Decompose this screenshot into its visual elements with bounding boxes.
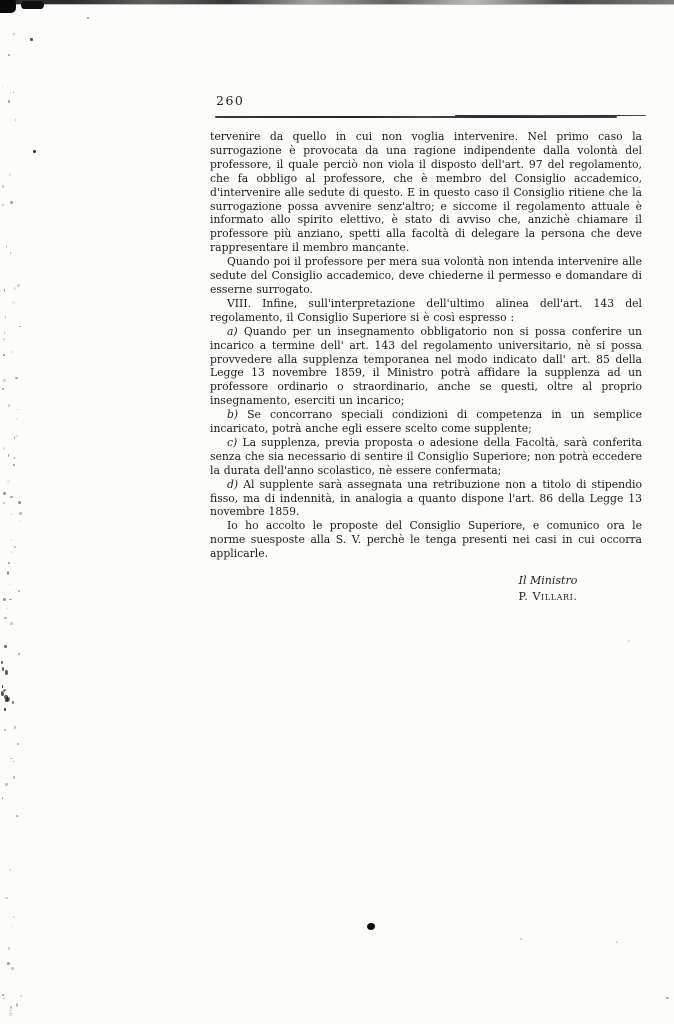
scan-speck (2, 685, 4, 687)
scan-speck (3, 338, 5, 341)
scan-speck (5, 783, 8, 786)
scan-speck (2, 797, 3, 800)
scan-speck (2, 667, 4, 671)
paragraph-8: Io ho accolto le proposte del Consiglio … (210, 519, 642, 561)
scan-speck (7, 696, 9, 701)
scan-speck (7, 962, 10, 965)
signature-role: Il Ministro (500, 573, 596, 589)
scan-speck (7, 480, 10, 483)
scan-speck (4, 708, 6, 711)
body-text: tervenire da quello in cui non voglia in… (210, 130, 642, 561)
page-number: 260 (216, 93, 244, 108)
scan-speck (13, 464, 14, 466)
scan-speck (4, 289, 5, 293)
paragraph-1: tervenire da quello in cui non voglia in… (210, 130, 642, 255)
scan-speck (12, 301, 15, 304)
scan-speck (14, 436, 15, 439)
scan-speck (8, 562, 11, 564)
scan-top-edge-shadow (0, 4, 674, 5)
scan-speck (666, 997, 669, 999)
scan-speck (12, 926, 13, 928)
scan-speck (16, 418, 18, 420)
scan-speck (14, 726, 15, 729)
scan-speck (10, 496, 13, 498)
paragraph-4: a) Quando per un insegnamento obbligator… (210, 325, 642, 408)
scan-speck (9, 173, 11, 176)
paragraph-7: d) Al supplente sarà assegnata una retri… (210, 478, 642, 520)
scan-speck (9, 599, 12, 600)
scan-speck (11, 351, 13, 353)
scan-speck (18, 501, 21, 504)
paragraph-lead-letter: c) (227, 436, 242, 449)
scan-speck (14, 457, 15, 458)
scan-speck (10, 622, 13, 625)
paragraph-lead-letter: d) (227, 478, 243, 491)
scan-speck (20, 995, 22, 998)
scan-speck (19, 520, 20, 522)
scan-speck (8, 404, 11, 407)
scan-speck (8, 100, 10, 103)
ink-spot (367, 923, 375, 930)
scan-speck (14, 546, 16, 548)
scan-speck (13, 92, 14, 93)
scan-speck (3, 598, 6, 602)
scan-speck (5, 700, 7, 702)
scanned-book-page: 260 tervenire da quello in cui non vogli… (0, 0, 674, 1024)
scan-speck (4, 492, 6, 494)
scan-speck (4, 332, 5, 334)
scan-speck (14, 287, 16, 290)
scan-speck (15, 119, 16, 121)
scan-speck (3, 447, 5, 450)
scan-speck (628, 640, 630, 642)
scan-speck (5, 698, 9, 702)
scan-speck (1, 661, 3, 664)
scan-speck (11, 967, 14, 970)
scan-speck (18, 816, 19, 817)
scan-corner-ink-dash (21, 1, 44, 9)
scan-speck (11, 513, 12, 515)
scan-speck (6, 608, 7, 610)
signature-block: Il Ministro P. Villari. (500, 573, 596, 605)
scan-speck (2, 185, 4, 188)
scan-speck (2, 204, 4, 205)
scan-speck (7, 697, 10, 701)
scan-speck (19, 326, 21, 328)
scan-speck (4, 729, 6, 731)
scan-speck (8, 54, 11, 56)
scan-speck (7, 571, 10, 575)
scan-speck (17, 743, 19, 745)
scan-speck (10, 1006, 12, 1009)
paragraph-3: VIII. Infine, sull'interpretazione dell'… (210, 297, 642, 325)
scan-speck (10, 758, 13, 759)
scan-speck (16, 1003, 18, 1007)
header-rule (215, 116, 617, 118)
paragraph-lead-letter: b) (227, 408, 247, 421)
scan-speck (4, 645, 6, 647)
scan-speck (4, 695, 8, 699)
scan-speck (9, 1010, 12, 1011)
scan-speck (15, 377, 18, 379)
scan-speck (1, 691, 3, 695)
paragraph-5: b) Se concorrano speciali condizioni di … (210, 408, 642, 436)
scan-speck (8, 947, 11, 950)
scan-speck (2, 994, 5, 996)
signature-name: P. Villari. (500, 589, 596, 605)
scan-speck (87, 17, 89, 19)
scan-speck (12, 701, 13, 703)
scan-speck (10, 252, 11, 255)
scan-speck (13, 761, 15, 762)
scan-speck (10, 869, 11, 871)
scan-speck (8, 454, 9, 457)
scan-speck (9, 1012, 11, 1016)
scan-speck (33, 150, 36, 153)
scan-corner-ink-blob (0, 0, 16, 13)
scan-speck (3, 502, 5, 505)
scan-speck (3, 998, 5, 999)
scan-speck (16, 815, 18, 817)
scan-speck (30, 38, 33, 41)
scan-speck (19, 512, 22, 515)
scan-speck (10, 92, 12, 95)
scan-speck (6, 245, 8, 248)
paragraph-6: c) La supplenza, previa proposta o adesi… (210, 436, 642, 478)
scan-speck (5, 897, 8, 898)
scan-speck (13, 776, 15, 779)
scan-speck (3, 379, 6, 382)
scan-speck (11, 539, 12, 541)
scan-speck (6, 605, 8, 607)
scan-speck (3, 492, 6, 494)
scan-speck (616, 941, 618, 943)
paragraph-2: Quando poi il professore per mera sua vo… (210, 255, 642, 297)
scan-speck (520, 938, 522, 940)
scan-speck (16, 435, 17, 437)
scan-speck (11, 551, 13, 553)
scan-speck (10, 201, 13, 203)
scan-speck (13, 916, 14, 917)
scan-speck (4, 617, 7, 619)
scan-speck (1, 692, 4, 697)
scan-speck (9, 584, 10, 585)
scan-speck (3, 354, 5, 356)
scan-speck (5, 315, 7, 318)
scan-speck (15, 371, 16, 373)
paragraph-lead-letter: a) (227, 325, 244, 338)
scan-speck (18, 653, 21, 656)
scan-speck (13, 33, 14, 34)
scan-speck (17, 284, 20, 287)
scan-speck (4, 689, 6, 691)
scan-speck (3, 690, 5, 692)
scan-speck (18, 590, 20, 592)
scan-speck (2, 86, 3, 87)
scan-speck (5, 670, 9, 674)
scan-speck (2, 388, 4, 390)
scan-speck (17, 409, 19, 410)
